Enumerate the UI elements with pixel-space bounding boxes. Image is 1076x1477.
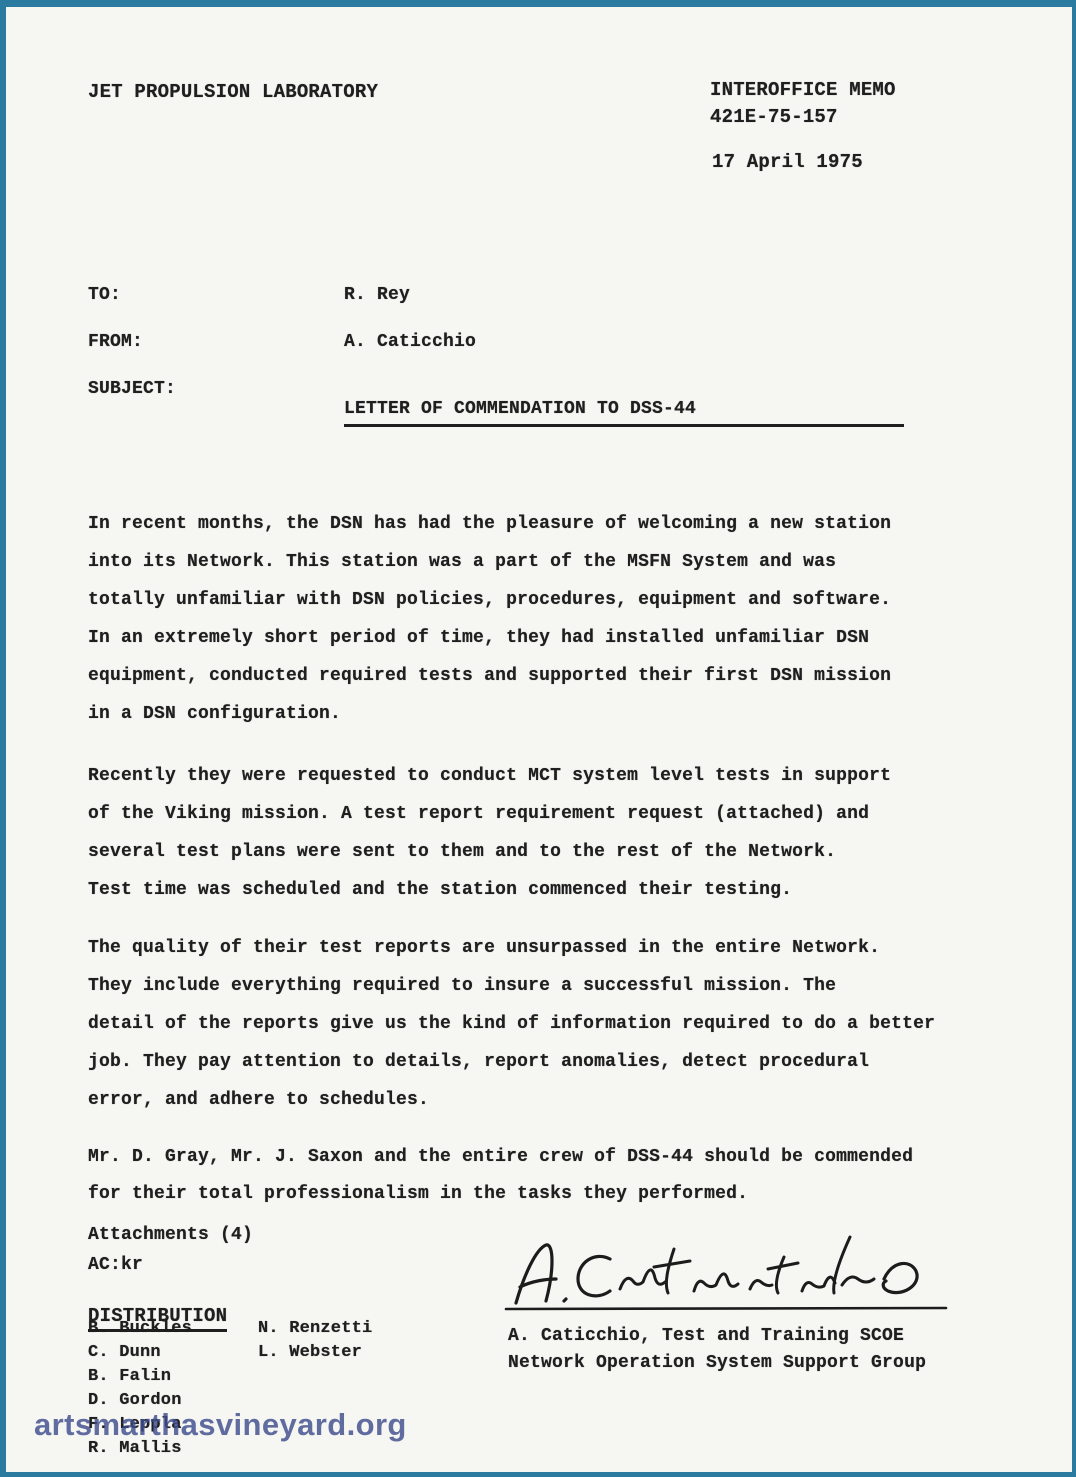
memo-page: JET PROPULSION LABORATORY INTEROFFICE ME… [6, 7, 1072, 1472]
from-value: A. Caticchio [344, 332, 476, 352]
subject-row: LETTER OF COMMENDATION TO DSS-44 [344, 379, 904, 427]
body-paragraph-1: In recent months, the DSN has had the pl… [88, 505, 968, 733]
attachments-note: Attachments (4) [88, 1225, 253, 1245]
typist-initials: AC:kr [88, 1255, 143, 1275]
body-paragraph-4: Mr. D. Gray, Mr. J. Saxon and the entire… [88, 1139, 968, 1213]
from-label: FROM: [88, 332, 288, 352]
memo-date: 17 April 1975 [712, 149, 863, 176]
scan-frame: JET PROPULSION LABORATORY INTEROFFICE ME… [0, 0, 1076, 1477]
site-watermark: artsmarthasvineyard.org [34, 1407, 407, 1443]
to-label: TO: [88, 285, 288, 305]
to-value: R. Rey [344, 285, 410, 305]
body-paragraph-3: The quality of their test reports are un… [88, 929, 968, 1119]
subject-label: SUBJECT: [88, 379, 288, 399]
signer-name-title: A. Caticchio, Test and Training SCOE [508, 1323, 904, 1349]
subject-value: LETTER OF COMMENDATION TO DSS-44 [344, 399, 904, 427]
body-paragraph-2: Recently they were requested to conduct … [88, 757, 968, 909]
organization-name: JET PROPULSION LABORATORY [88, 79, 378, 106]
signer-group: Network Operation System Support Group [508, 1350, 926, 1376]
memo-type-and-number: INTEROFFICE MEMO 421E-75-157 [710, 77, 896, 131]
handwritten-signature [502, 1233, 952, 1321]
distribution-column-2: N. Renzetti L. Webster [258, 1317, 372, 1365]
